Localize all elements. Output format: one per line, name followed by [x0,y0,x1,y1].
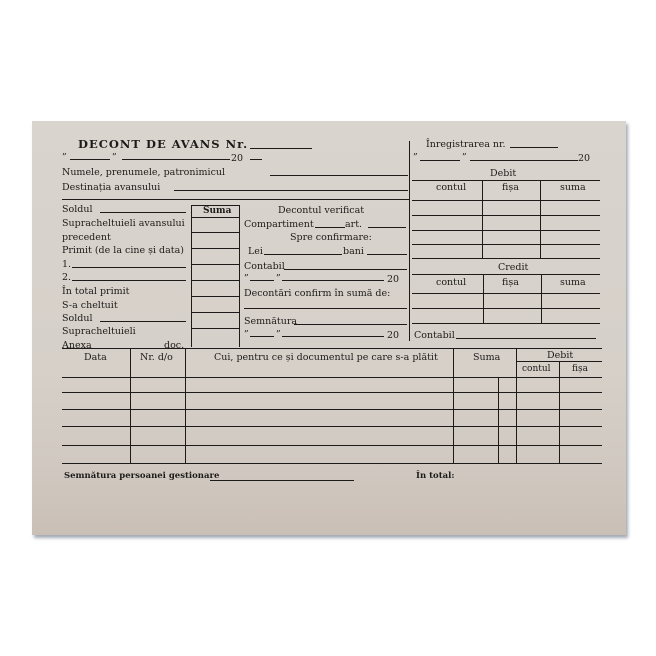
date-quote-close: ” [112,154,117,163]
suma-row-line [191,217,240,218]
debit-fisa-header: fișa [502,183,519,193]
contabil-label: Contabil [244,262,285,272]
suma-row-line [191,280,240,281]
primit-label: Primit (de la cine și data) [62,246,184,256]
soldul-2-field[interactable] [100,320,186,322]
decontari-field[interactable] [244,307,407,309]
section-divider [409,141,410,341]
suma-row-line [191,232,240,233]
destination-label: Destinația avansului [62,183,160,193]
compartiment-label: Compartiment [244,220,314,230]
col-data-header: Data [84,353,107,363]
credit-contul-header: contul [436,278,466,288]
suma-header: Suma [203,207,231,216]
suma-row-line [191,264,240,265]
credit-col-line [483,274,484,323]
table-col-line [185,348,186,464]
table-col-line [130,348,131,464]
credit-col-line [541,274,542,323]
lei-field[interactable] [264,253,342,255]
report-number-field[interactable] [250,147,312,149]
supracheltuieli-label: Supracheltuieli [62,327,136,337]
compartiment-field[interactable] [315,226,345,228]
date-day-field[interactable] [70,158,110,160]
date-year-field[interactable] [250,158,262,160]
year-prefix: 20 [387,275,399,285]
bani-field[interactable] [367,253,407,255]
supracheltuieli-avans-label: Supracheltuieli avansului [62,219,185,229]
date-quote-open: ” [62,154,67,163]
contabil-field[interactable] [284,268,407,270]
table-col-line [453,348,454,464]
date-quote-close: ” [462,154,467,163]
debit-contul-header: contul [436,183,466,193]
destination-field[interactable] [174,189,408,191]
debit-col-line [482,180,483,258]
debit-header: Debit [490,169,516,179]
primit-2-label: 2. [62,273,71,283]
semnatura-label: Semnătura [244,317,297,327]
verify-date-day-field[interactable] [250,279,274,281]
col-suma-header: Suma [473,353,500,363]
name-label: Numele, prenumele, patronimicul [62,168,225,178]
in-total-label: În total: [416,472,455,481]
decontari-label: Decontări confirm în sumă de: [244,289,390,299]
credit-row-line [412,323,600,324]
date-quote-open: ” [413,154,418,163]
date-quote-close: ” [276,275,281,284]
sign-date-month-field[interactable] [282,335,384,337]
debit-row-line [412,215,600,216]
debit-subheader-line [516,361,602,362]
debit-row-line [412,230,600,231]
credit-row-line [412,308,600,309]
semnatura-gestionare-field[interactable] [210,479,354,481]
primit-1-label: 1. [62,260,71,270]
table-row-line [62,392,602,393]
art-field[interactable] [368,226,406,228]
semnatura-field[interactable] [294,323,407,325]
date-quote-open: ” [244,331,249,340]
debit-col-line [540,180,541,258]
credit-header: Credit [498,263,528,273]
header-divider-line [62,199,409,200]
precedent-label: precedent [62,233,111,243]
cheltuit-label: S-a cheltuit [62,301,118,311]
table-col-line [516,348,517,464]
debit-row-line [412,258,600,259]
reg-date-month-field[interactable] [470,159,578,161]
inregistrarea-label: Înregistrarea nr. [426,140,506,150]
table-bottom-line [62,463,602,464]
credit-table-top [412,274,600,275]
date-quote-close: ” [276,331,281,340]
advance-report-form: DECONT DE AVANS Nr. ” ” 20 Numele, prenu… [32,121,626,535]
col-cui-header: Cui, pentru ce și documentul pe care s-a… [214,353,438,363]
debit-suma-header: suma [560,183,586,193]
total-primit-label: În total primit [62,287,130,297]
credit-suma-header: suma [560,278,586,288]
suma-row-line [191,296,240,297]
bani-label: bani [343,247,364,257]
soldul-label: Soldul [62,205,93,215]
suma-row-line [191,248,240,249]
art-label: art. [345,220,362,230]
col-debit-header: Debit [547,351,573,361]
year-prefix: 20 [387,331,399,341]
suma-box-left [191,205,192,347]
soldul-field[interactable] [100,211,186,213]
suma-row-line [191,328,240,329]
col-contul-header: contul [522,365,551,374]
table-row-line [62,409,602,410]
inregistrarea-field[interactable] [510,146,558,148]
table-row-line [62,426,602,427]
credit-row-line [412,293,600,294]
year-prefix: 20 [231,154,243,164]
year-prefix: 20 [578,154,590,164]
debit-row-line [412,244,600,245]
table-row-line [62,377,602,378]
debit-row-line [412,200,600,201]
decont-verificat-label: Decontul verificat [278,206,364,216]
suma-box-right [239,205,240,347]
table-top-line [62,348,602,349]
date-month-field[interactable] [122,158,230,160]
col-nr-header: Nr. d/o [140,353,173,363]
lei-label: Lei [248,247,263,257]
col-fisa-header: fișa [572,365,588,374]
spre-confirmare-label: Spre confirmare: [290,233,372,243]
soldul-2-label: Soldul [62,314,93,324]
sign-date-day-field[interactable] [250,335,274,337]
name-field[interactable] [270,174,408,176]
form-title: DECONT DE AVANS Nr. [78,139,248,151]
contabil-right-field[interactable] [456,337,596,339]
primit-2-field[interactable] [72,279,186,281]
suma-row-line [191,312,240,313]
date-quote-open: ” [244,275,249,284]
semnatura-gestionare-label: Semnătura persoanei gestionare [64,472,219,481]
contabil-right-label: Contabil [414,331,455,341]
primit-1-field[interactable] [72,266,186,268]
table-col-line [498,377,499,464]
verify-date-month-field[interactable] [282,279,384,281]
credit-fisa-header: fișa [502,278,519,288]
reg-date-day-field[interactable] [420,159,460,161]
table-row-line [62,445,602,446]
